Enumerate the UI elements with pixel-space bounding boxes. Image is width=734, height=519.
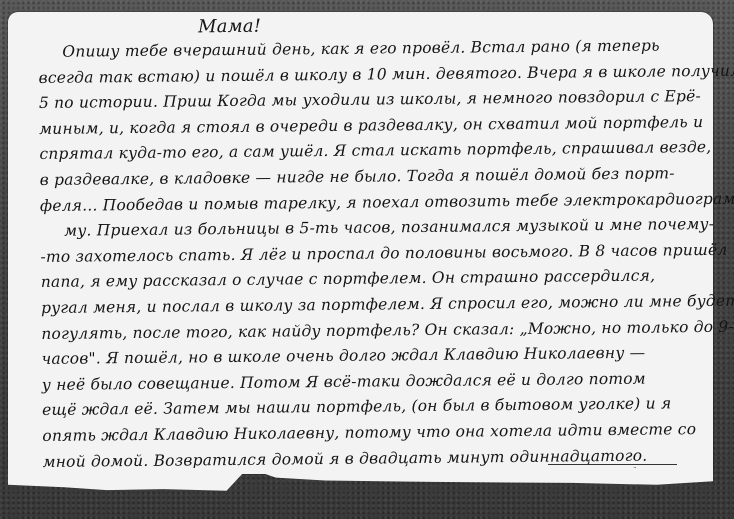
letter-body: Мама! Опишу тебе вчерашний день, как я е… (38, 11, 713, 475)
letter-paper: Мама! Опишу тебе вчерашний день, как я е… (8, 12, 713, 474)
footer-note-see-reverse: смотри на обороте (548, 464, 677, 480)
